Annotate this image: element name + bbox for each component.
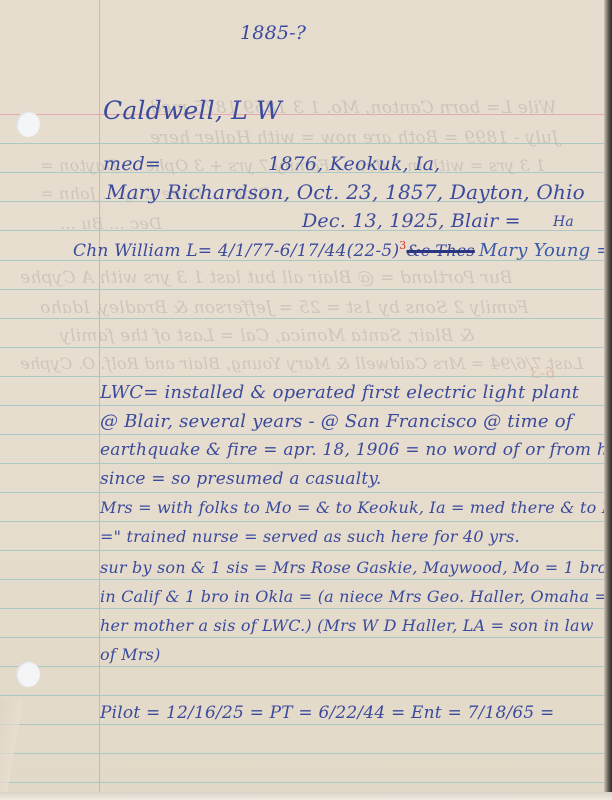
child-line-suffix: Mary Young = Blair [479, 240, 604, 261]
death-line: Dec. 13, 1925, Blair = [302, 210, 521, 232]
entry-name: Caldwell, L W [103, 96, 282, 125]
bleed-through-line: Bur Portland = @ Blair all but last 1 3 … [20, 268, 513, 288]
child-line-prefix: Chn William L= 4/1/77-6/17/44(22-5) [73, 241, 399, 261]
child-line: Chn William L= 4/1/77-6/17/44(22-5)3&c T… [73, 240, 604, 261]
rule-line [0, 463, 604, 464]
scan-edge-bottom [0, 792, 612, 800]
rule-line [0, 753, 604, 754]
note-line: LWC= installed & operated first electric… [100, 382, 579, 403]
notebook-page: Wile L= born Canton, Mo. 1 3 1859 1875 m… [0, 0, 604, 792]
rule-line [0, 405, 604, 406]
rule-line [0, 550, 604, 551]
rule-line [0, 579, 604, 580]
rule-line [0, 782, 604, 783]
torn-edge [0, 700, 22, 792]
rule-line [0, 724, 604, 725]
note-line: @ Blair, several years - @ San Francisco… [100, 411, 573, 432]
rule-line [0, 347, 604, 348]
rule-line [0, 289, 604, 290]
struck-text: &c Thes [406, 241, 474, 260]
rule-line [0, 666, 604, 667]
punch-hole-icon [16, 111, 40, 137]
note-line: Mrs = with folks to Mo = & to Keokuk, Ia… [100, 498, 604, 517]
note-line: =" trained nurse = served as such here f… [100, 527, 520, 546]
rule-line [0, 318, 604, 319]
scan-edge-right [604, 0, 612, 800]
year-heading: 1885-? [240, 22, 306, 44]
rule-line [0, 492, 604, 493]
note-line: since = so presumed a casualty. [100, 469, 382, 489]
note-line: of Mrs) [100, 645, 161, 664]
note-line: earthquake & fire = apr. 18, 1906 = no w… [100, 440, 604, 460]
rule-line [0, 637, 604, 638]
rule-line [0, 608, 604, 609]
footer-dates-line: Pilot = 12/16/25 = PT = 6/22/44 = Ent = … [100, 703, 554, 723]
note-line: her mother a sis of LWC.) (Mrs W D Halle… [100, 616, 594, 635]
note-line: in Calif & 1 bro in Okla = (a niece Mrs … [100, 587, 604, 606]
rule-line [0, 695, 604, 696]
note-line: sur by son & 1 sis = Mrs Rose Gaskie, Ma… [100, 558, 604, 577]
red-correction-mark: 3 [399, 239, 406, 252]
married-label: med= [103, 153, 161, 175]
bleed-through-line: Family 2 Sons by 1st = 25 = Jefferson & … [40, 298, 528, 318]
spouse-line: Mary Richardson, Oct. 23, 1857, Dayton, … [106, 180, 585, 204]
bleed-through-line: July - 1899 = Both are now = with Haller… [150, 128, 559, 148]
bleed-through-line: Last 7/6/94 = Mrs Caldwell & Mary Young,… [20, 354, 583, 373]
rule-line [0, 376, 604, 377]
bleed-through-line: Dec ... Bu ... [60, 214, 162, 233]
rule-line [0, 521, 604, 522]
bleed-through-margin-mark: 6-3 [530, 364, 555, 382]
bleed-through-line: & Blair, Santa Monica, Cal = Last of the… [60, 326, 474, 346]
punch-hole-icon [16, 661, 40, 687]
married-value: 1876, Keokuk, Ia, [268, 153, 440, 175]
rule-line [0, 434, 604, 435]
death-suffix: Ha [553, 214, 574, 230]
